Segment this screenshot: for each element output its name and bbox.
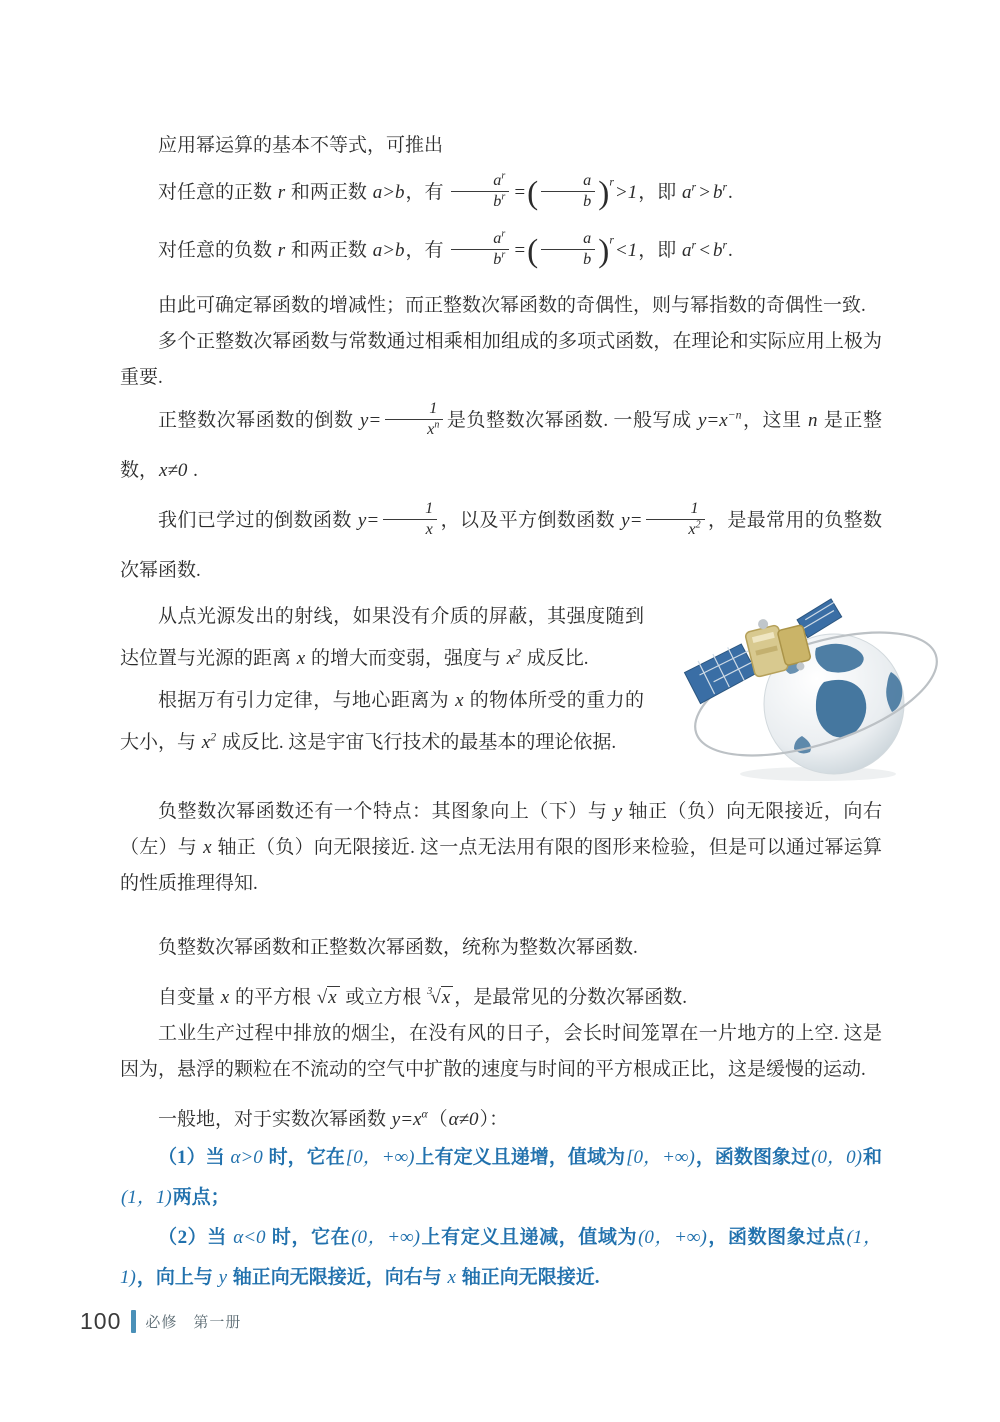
text-run: 上有定义且递减，值域为 (421, 1227, 637, 1248)
text-run: 上有定义且递增，值域为 (415, 1147, 625, 1168)
paragraph-case-negative-alpha: （2）当 α<0 时，它在(0，+∞)上有定义且递减，值域为(0，+∞)，函数图… (120, 1218, 882, 1298)
text-run: ，是最常见的分数次幂函数. (454, 987, 687, 1008)
paragraph-case-positive-alpha: （1）当 α>0 时，它在[0，+∞)上有定义且递增，值域为[0，+∞)，函数图… (120, 1138, 882, 1218)
text-run: ，即 (638, 240, 681, 261)
paragraph-dust: 工业生产过程中排放的烟尘，在没有风的日子，会长时间笼罩在一片地方的上空. 这是因… (120, 1016, 882, 1088)
text-run: ( (527, 233, 538, 270)
text-run: y= (357, 510, 380, 531)
text-run: ab (541, 229, 595, 270)
text-run: br (712, 182, 728, 203)
text-run: y=x−n (697, 410, 743, 431)
text-run: 时，它在 (267, 1227, 351, 1248)
text-run: [0，+∞) (625, 1147, 696, 1168)
text-run: a>b (372, 240, 406, 261)
text-run: 的平方根 (230, 987, 316, 1008)
text-run: x2 (201, 732, 217, 753)
text-run: 根据万有引力定律，与地心距离为 (158, 690, 454, 711)
text-run: = (512, 240, 527, 261)
text-run: = (512, 182, 527, 203)
text-run: α<0 (232, 1227, 266, 1248)
text-run: arbr (451, 171, 509, 212)
text-run: [0，+∞) (345, 1147, 416, 1168)
text-run: x≠0 (158, 460, 188, 481)
text-run: ，这里 (743, 410, 808, 431)
text-run: y=xα (391, 1109, 429, 1130)
text-run: ，有 (406, 182, 449, 203)
text-run: 一般地，对于实数次幂函数 (158, 1109, 391, 1130)
text-run: ar (681, 182, 697, 203)
text-run: r (277, 240, 286, 261)
page-number: 100 (80, 1308, 121, 1335)
text-run: 由此可确定幂函数的增减性；而正整数次幂函数的奇偶性，则与幂指数的奇偶性一致. (158, 295, 866, 316)
text-run: arbr (451, 229, 509, 270)
text-run: 对任意的负数 (158, 240, 277, 261)
text-run: br (712, 240, 728, 261)
text-run: α≠0 (448, 1109, 480, 1130)
text-run: >1 (614, 182, 638, 203)
text-run: 轴正（负）向无限接近. 这一点无法用有限的图形来检验，但是可以通过幂运算的性质推… (120, 837, 882, 894)
text-run: . (188, 460, 198, 481)
text-run: 对任意的正数 (158, 182, 277, 203)
paragraph-inequality-positive: 对任意的正数 r 和两正数 a>b，有 arbr=(ab)r>1，即 ar>br… (120, 164, 882, 222)
text-run: 负整数次幂函数和正整数次幂函数，统称为整数次幂函数. (158, 937, 638, 958)
text-run: x (454, 690, 464, 711)
text-run: 的增大而变弱，强度与 (306, 648, 506, 669)
text-run: y= (620, 510, 643, 531)
text-run: 应用幂运算的基本不等式，可推出 (158, 135, 443, 156)
paragraph-monotonicity: 由此可确定幂函数的增减性；而正整数次幂函数的奇偶性，则与幂指数的奇偶性一致. (120, 288, 882, 324)
text-run: (1，1) (120, 1187, 173, 1208)
textbook-page: 应用幂运算的基本不等式，可推出 对任意的正数 r 和两正数 a>b，有 arbr… (0, 0, 1000, 1422)
text-run: 1x2 (646, 499, 704, 540)
text-run: )r (598, 240, 614, 261)
text-run: 成反比. 这是宇宙飞行技术的最基本的理论依据. (217, 732, 616, 753)
text-run: α>0 (230, 1147, 264, 1168)
text-run: 两点； (173, 1187, 230, 1208)
text-run: 自变量 (158, 987, 220, 1008)
text-run: ，函数图象过 (696, 1147, 810, 1168)
text-run: 时，它在 (264, 1147, 345, 1168)
text-run: ar (681, 240, 697, 261)
text-run: y (613, 801, 623, 822)
paragraph-roots: 自变量 x 的平方根 √x 或立方根 3√x，是最常见的分数次幂函数. (120, 974, 882, 1016)
text-run: ，函数图象过点 (708, 1227, 846, 1248)
text-run: 和两正数 (286, 240, 372, 261)
text-run: 和两正数 (286, 182, 372, 203)
text-run: a>b (372, 182, 406, 203)
text-run: (0，0) (810, 1147, 863, 1168)
text-run: )r (598, 182, 614, 203)
text-run: （ (429, 1109, 448, 1130)
text-run: ab (541, 171, 595, 212)
text-run: n (807, 410, 819, 431)
book-label: 必修 第一册 (145, 1311, 241, 1332)
text-run: 轴正向无限接近. (457, 1267, 600, 1288)
text-run: 我们已学过的倒数函数 (158, 510, 357, 531)
text-run: 负整数次幂函数还有一个特点：其图象向上（下）与 (158, 801, 613, 822)
text-run: y (218, 1267, 228, 1288)
text-run: x (296, 648, 306, 669)
page-footer: 100 必修 第一册 (80, 1308, 241, 1335)
page-content: 应用幂运算的基本不等式，可推出 对任意的正数 r 和两正数 a>b，有 arbr… (120, 128, 882, 1298)
text-run: < (697, 240, 712, 261)
text-run: 正整数次幂函数的倒数 (158, 410, 359, 431)
text-run: 或立方根 (341, 987, 427, 1008)
text-run: （2）当 (158, 1227, 232, 1248)
text-run: r (277, 182, 286, 203)
text-run: x (220, 987, 230, 1008)
text-run: <1 (614, 240, 638, 261)
text-run: 是负整数次幂函数. 一般写成 (446, 410, 697, 431)
paragraph-intro: 应用幂运算的基本不等式，可推出 (120, 128, 882, 164)
paragraph-reciprocal-power: 正整数次幂函数的倒数 y=1xn是负整数次幂函数. 一般写成 y=x−n，这里 … (120, 396, 882, 496)
satellite-earth-illustration (666, 586, 944, 788)
text-run: √x (316, 987, 341, 1008)
satellite-orbit-graphic (666, 586, 944, 788)
text-run: 工业生产过程中排放的烟尘，在没有风的日子，会长时间笼罩在一片地方的上空. 这是因… (120, 1023, 882, 1080)
text-run: x (447, 1267, 457, 1288)
paragraph-polynomial: 多个正整数次幂函数与常数通过相乘相加组成的多项式函数，在理论和实际应用上极为重要… (120, 324, 882, 396)
text-run: 成反比. (522, 648, 589, 669)
text-run: 和 (863, 1147, 882, 1168)
text-run: ，有 (406, 240, 449, 261)
text-run: ）： (480, 1109, 509, 1130)
text-run: 1xn (385, 399, 443, 440)
text-run: 1x (383, 499, 437, 540)
text-run: x2 (506, 648, 522, 669)
text-run: x (202, 837, 212, 858)
text-run: 轴正向无限接近，向右与 (228, 1267, 447, 1288)
text-run: ，以及平方倒数函数 (440, 510, 620, 531)
text-run: ，即 (638, 182, 681, 203)
text-run: . (728, 182, 733, 203)
text-run: 3√x (426, 987, 454, 1008)
text-run: （1）当 (158, 1147, 230, 1168)
text-run: 多个正整数次幂函数与常数通过相乘相加组成的多项式函数，在理论和实际应用上极为重要… (120, 331, 882, 388)
paragraph-known-reciprocals: 我们已学过的倒数函数 y=1x，以及平方倒数函数 y=1x2，是最常用的负整数次… (120, 496, 882, 596)
text-run: (0，+∞) (637, 1227, 708, 1248)
text-run: (0，+∞) (350, 1227, 421, 1248)
text-run: ( (527, 175, 538, 212)
text-run: y= (359, 410, 382, 431)
text-run: . (728, 240, 733, 261)
text-run: > (697, 182, 712, 203)
paragraph-asymptote-property: 负整数次幂函数还有一个特点：其图象向上（下）与 y 轴正（负）向无限接近，向右（… (120, 794, 882, 902)
paragraph-inequality-negative: 对任意的负数 r 和两正数 a>b，有 arbr=(ab)r<1，即 ar<br… (120, 222, 882, 280)
paragraph-general-power: 一般地，对于实数次幂函数 y=xα（α≠0）： (120, 1102, 882, 1138)
footer-divider-bar (131, 1310, 136, 1333)
text-run: ，向上与 (137, 1267, 218, 1288)
paragraph-integer-power-definition: 负整数次幂函数和正整数次幂函数，统称为整数次幂函数. (120, 930, 882, 966)
